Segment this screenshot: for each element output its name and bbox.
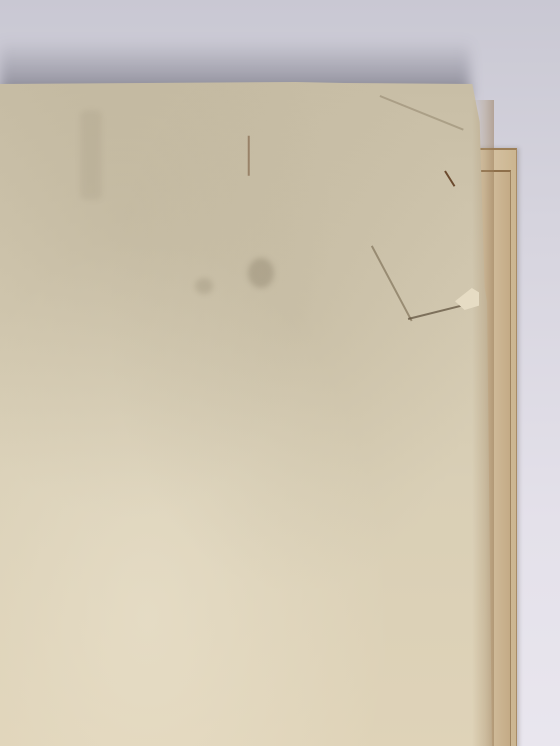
paper-stain xyxy=(80,110,102,200)
paper-edge-discoloration xyxy=(472,100,494,746)
paper-stain xyxy=(195,278,213,294)
paper-sheet-front xyxy=(0,82,492,746)
paper-stain xyxy=(248,258,274,288)
ink-mark xyxy=(248,136,250,176)
